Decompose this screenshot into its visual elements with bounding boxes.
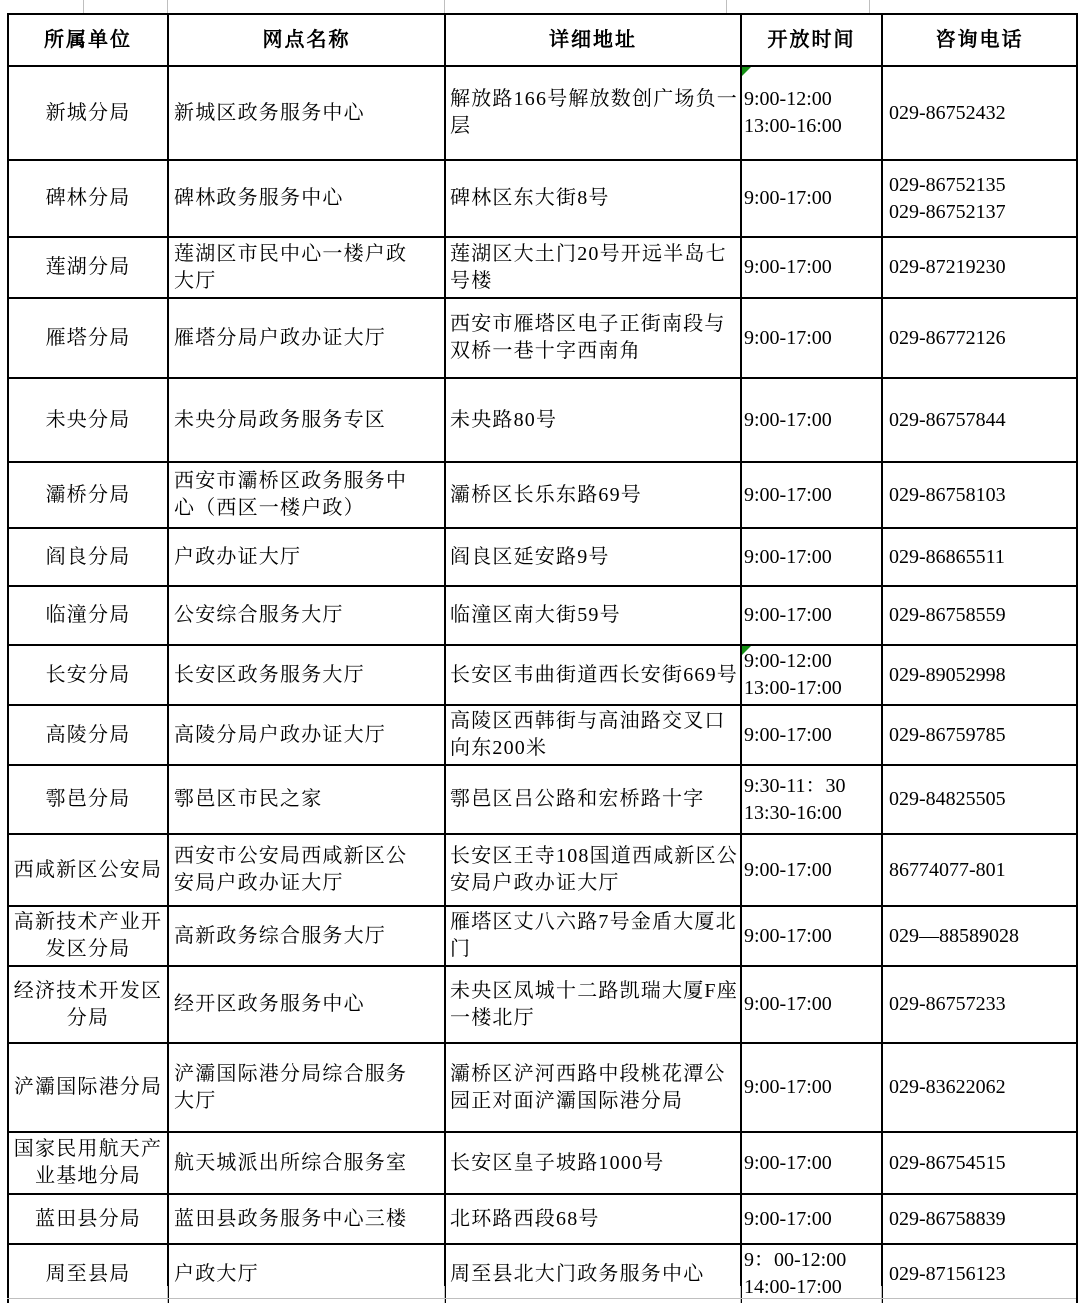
table-row: 高陵分局 高陵分局户政办证大厅 高陵区西韩街与高油路交叉口向东200米 9:00… [8,705,1077,765]
address-cell: 北环路西段68号 [445,1194,741,1244]
address-cell: 长安区皇子坡路1000号 [445,1132,741,1194]
site-name-cell: 新城区政务服务中心 [168,66,445,160]
hours-cell: 9:00-17:00 [741,528,882,586]
address-cell: 长安区王寺108国道西咸新区公安局户政办证大厅 [445,834,741,906]
top-gridline-fragment [83,0,84,13]
hours-cell: 9：00-12:00 14:00-17:00 [741,1244,882,1303]
phone-cell: 029-84825505 [882,765,1077,834]
site-name-cell: 西安市灞桥区政务服务中心（西区一楼户政） [168,462,445,528]
unit-cell: 高陵分局 [8,705,168,765]
unit-cell: 高新技术产业开发区分局 [8,906,168,966]
address-cell: 解放路166号解放数创广场负一层 [445,66,741,160]
bottom-gridline-fragment [167,1286,168,1303]
table-row: 蓝田县分局 蓝田县政务服务中心三楼 北环路西段68号 9:00-17:00 02… [8,1194,1077,1244]
top-gridline-fragment [444,0,445,13]
header-unit: 所属单位 [8,14,168,66]
phone-cell: 029-86752432 [882,66,1077,160]
phone-cell: 86774077-801 [882,834,1077,906]
address-cell: 未央路80号 [445,378,741,462]
hours-cell: 9:00-17:00 [741,834,882,906]
site-name-cell: 未央分局政务服务专区 [168,378,445,462]
unit-cell: 莲湖分局 [8,237,168,298]
site-name-cell: 浐灞国际港分局综合服务大厅 [168,1043,445,1132]
header-phone: 咨询电话 [882,14,1077,66]
unit-cell: 鄠邑分局 [8,765,168,834]
unit-cell: 长安分局 [8,645,168,705]
phone-cell: 029-87156123 [882,1244,1077,1303]
spreadsheet-page: { "accent_colors": { "border": "#000000"… [0,0,1080,1303]
unit-cell: 经济技术开发区分局 [8,966,168,1043]
header-site-name: 网点名称 [168,14,445,66]
header-row: 所属单位 网点名称 详细地址 开放时间 咨询电话 [8,14,1077,66]
address-cell: 灞桥区长乐东路69号 [445,462,741,528]
table-row: 碑林分局 碑林政务服务中心 碑林区东大街8号 9:00-17:00 029-86… [8,160,1077,237]
address-cell: 长安区韦曲街道西长安街669号 [445,645,741,705]
table-row: 未央分局 未央分局政务服务专区 未央路80号 9:00-17:00 029-86… [8,378,1077,462]
bottom-gridline-fragment [444,1286,445,1303]
hours-cell: 9:00-17:00 [741,906,882,966]
hours-cell: 9:00-17:00 [741,586,882,645]
unit-cell: 周至县局 [8,1244,168,1303]
table-row: 临潼分局 公安综合服务大厅 临潼区南大街59号 9:00-17:00 029-8… [8,586,1077,645]
unit-cell: 灞桥分局 [8,462,168,528]
address-cell: 临潼区南大街59号 [445,586,741,645]
phone-cell: 029-86758839 [882,1194,1077,1244]
hours-cell: 9:00-17:00 [741,1043,882,1132]
site-name-cell: 户政办证大厅 [168,528,445,586]
address-cell: 鄠邑区吕公路和宏桥路十字 [445,765,741,834]
address-cell: 阎良区延安路9号 [445,528,741,586]
address-cell: 高陵区西韩街与高油路交叉口向东200米 [445,705,741,765]
phone-cell: 029-86759785 [882,705,1077,765]
phone-cell: 029-86752135 029-86752137 [882,160,1077,237]
site-name-cell: 雁塔分局户政办证大厅 [168,298,445,378]
header-hours: 开放时间 [741,14,882,66]
phone-cell: 029-83622062 [882,1043,1077,1132]
phone-cell: 029—88589028 [882,906,1077,966]
hours-cell-flagged: 9:00-12:00 13:00-17:00 [741,645,882,705]
address-cell: 未央区凤城十二路凯瑞大厦F座一楼北厅 [445,966,741,1043]
unit-cell: 雁塔分局 [8,298,168,378]
table-row: 灞桥分局 西安市灞桥区政务服务中心（西区一楼户政） 灞桥区长乐东路69号 9:0… [8,462,1077,528]
address-cell: 碑林区东大街8号 [445,160,741,237]
unit-cell: 西咸新区公安局 [8,834,168,906]
phone-cell: 029-86757233 [882,966,1077,1043]
hours-cell: 9:00-17:00 [741,160,882,237]
hours-cell: 9:00-17:00 [741,1194,882,1244]
header-address: 详细地址 [445,14,741,66]
table-row: 周至县局 户政大厅 周至县北大门政务服务中心 9：00-12:00 14:00-… [8,1244,1077,1303]
site-name-cell: 公安综合服务大厅 [168,586,445,645]
site-name-cell: 长安区政务服务大厅 [168,645,445,705]
address-cell: 西安市雁塔区电子正街南段与双桥一巷十字西南角 [445,298,741,378]
table-row: 高新技术产业开发区分局 高新政务综合服务大厅 雁塔区丈八六路7号金盾大厦北门 9… [8,906,1077,966]
address-cell: 周至县北大门政务服务中心 [445,1244,741,1303]
unit-cell: 国家民用航天产业基地分局 [8,1132,168,1194]
table-row: 西咸新区公安局 西安市公安局西咸新区公安局户政办证大厅 长安区王寺108国道西咸… [8,834,1077,906]
phone-cell: 029-86865511 [882,528,1077,586]
table-row: 鄠邑分局 鄠邑区市民之家 鄠邑区吕公路和宏桥路十字 9:30-11：30 13:… [8,765,1077,834]
hours-cell: 9:30-11：30 13:30-16:00 [741,765,882,834]
phone-cell: 029-86758103 [882,462,1077,528]
table-row: 浐灞国际港分局 浐灞国际港分局综合服务大厅 灞桥区浐河西路中段桃花潭公园正对面浐… [8,1043,1077,1132]
hours-cell: 9:00-17:00 [741,1132,882,1194]
address-cell: 雁塔区丈八六路7号金盾大厦北门 [445,906,741,966]
unit-cell: 阎良分局 [8,528,168,586]
hours-cell: 9:00-17:00 [741,966,882,1043]
hours-cell: 9:00-17:00 [741,237,882,298]
site-name-cell: 西安市公安局西咸新区公安局户政办证大厅 [168,834,445,906]
site-name-cell: 莲湖区市民中心一楼户政大厅 [168,237,445,298]
phone-cell: 029-86757844 [882,378,1077,462]
unit-cell: 浐灞国际港分局 [8,1043,168,1132]
top-gridline-fragment [869,0,870,13]
table-row: 阎良分局 户政办证大厅 阎良区延安路9号 9:00-17:00 029-8686… [8,528,1077,586]
phone-cell: 029-89052998 [882,645,1077,705]
phone-cell: 029-86772126 [882,298,1077,378]
table-row: 新城分局 新城区政务服务中心 解放路166号解放数创广场负一层 9:00-12:… [8,66,1077,160]
top-gridline-fragment [726,0,727,13]
table-row: 国家民用航天产业基地分局 航天城派出所综合服务室 长安区皇子坡路1000号 9:… [8,1132,1077,1194]
bottom-gridline-fragment [740,1286,741,1303]
service-locations-table: 所属单位 网点名称 详细地址 开放时间 咨询电话 新城分局 新城区政务服务中心 … [7,13,1078,1303]
table-row: 雁塔分局 雁塔分局户政办证大厅 西安市雁塔区电子正街南段与双桥一巷十字西南角 9… [8,298,1077,378]
unit-cell: 新城分局 [8,66,168,160]
hours-cell: 9:00-17:00 [741,298,882,378]
table-row: 经济技术开发区分局 经开区政务服务中心 未央区凤城十二路凯瑞大厦F座一楼北厅 9… [8,966,1077,1043]
site-name-cell: 蓝田县政务服务中心三楼 [168,1194,445,1244]
address-cell: 灞桥区浐河西路中段桃花潭公园正对面浐灞国际港分局 [445,1043,741,1132]
phone-cell: 029-87219230 [882,237,1077,298]
site-name-cell: 高新政务综合服务大厅 [168,906,445,966]
unit-cell: 未央分局 [8,378,168,462]
table-row: 莲湖分局 莲湖区市民中心一楼户政大厅 莲湖区大土门20号开远半岛七号楼 9:00… [8,237,1077,298]
hours-cell-flagged: 9:00-12:00 13:00-16:00 [741,66,882,160]
top-gridline-fragment [167,0,168,13]
unit-cell: 碑林分局 [8,160,168,237]
address-cell: 莲湖区大土门20号开远半岛七号楼 [445,237,741,298]
hours-cell: 9:00-17:00 [741,378,882,462]
site-name-cell: 经开区政务服务中心 [168,966,445,1043]
hours-cell: 9:00-17:00 [741,462,882,528]
unit-cell: 临潼分局 [8,586,168,645]
phone-cell: 029-86758559 [882,586,1077,645]
site-name-cell: 航天城派出所综合服务室 [168,1132,445,1194]
bottom-gridline-fragment [7,1298,1076,1299]
phone-cell: 029-86754515 [882,1132,1077,1194]
site-name-cell: 户政大厅 [168,1244,445,1303]
unit-cell: 蓝田县分局 [8,1194,168,1244]
site-name-cell: 鄠邑区市民之家 [168,765,445,834]
site-name-cell: 碑林政务服务中心 [168,160,445,237]
site-name-cell: 高陵分局户政办证大厅 [168,705,445,765]
bottom-gridline-fragment [881,1286,882,1303]
hours-cell: 9:00-17:00 [741,705,882,765]
table-row: 长安分局 长安区政务服务大厅 长安区韦曲街道西长安街669号 9:00-12:0… [8,645,1077,705]
